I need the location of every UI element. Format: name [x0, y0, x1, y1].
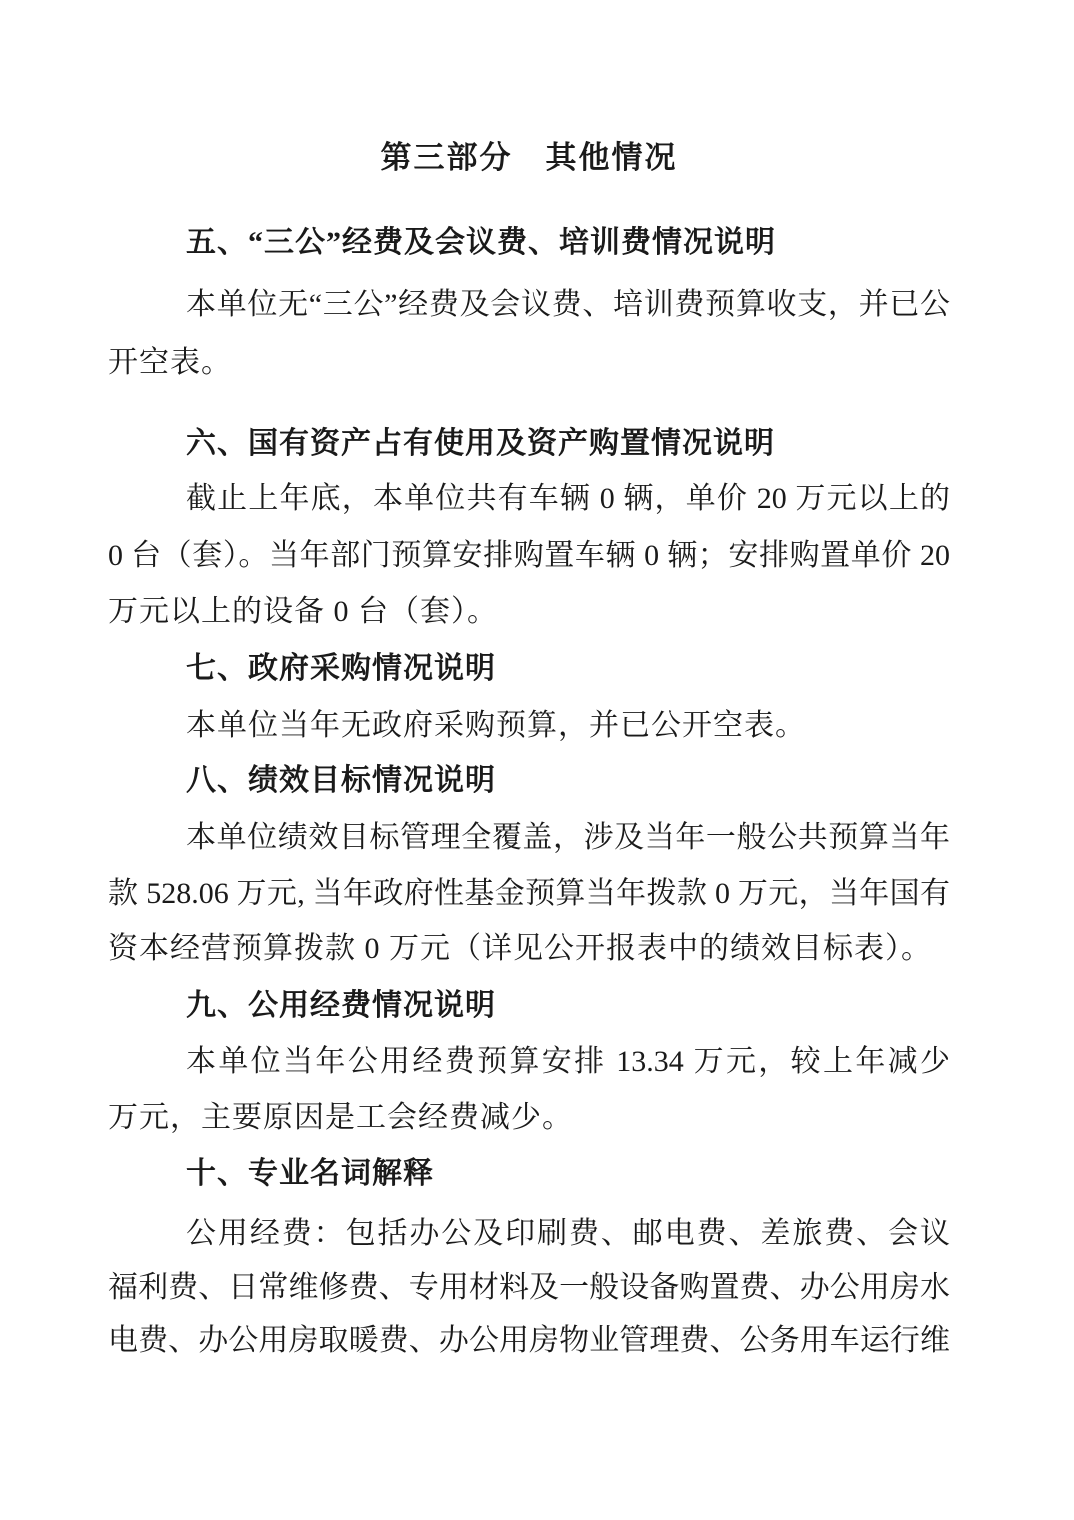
text-line: 万元，主要原因是工会经费减少。: [108, 1097, 950, 1139]
text-line: 0 台（套）。当年部门预算安排购置车辆 0 辆；安排购置单价 20: [108, 535, 950, 577]
text-line: 福利费、日常维修费、专用材料及一般设备购置费、办公用房水: [108, 1267, 950, 1309]
document-page: 第三部分 其他情况 五、“三公”经费及会议费、培训费情况说明 本单位无“三公”经…: [0, 0, 1074, 1520]
text-line: 本单位无“三公”经费及会议费、培训费预算收支，并已公: [108, 284, 950, 326]
text-line: 电费、办公用房取暖费、办公用房物业管理费、公务用车运行维: [108, 1320, 950, 1362]
heading-section-8: 八、绩效目标情况说明: [108, 760, 950, 802]
text-line: 公用经费：包括办公及印刷费、邮电费、差旅费、会议费、: [108, 1213, 950, 1255]
heading-section-10: 十、专业名词解释: [108, 1153, 950, 1195]
text-line: 截止上年底，本单位共有车辆 0 辆，单价 20 万元以上的设备: [108, 478, 950, 520]
heading-section-7: 七、政府采购情况说明: [108, 648, 950, 690]
heading-section-5: 五、“三公”经费及会议费、培训费情况说明: [108, 222, 950, 264]
text-line: 款 528.06 万元, 当年政府性基金预算当年拨款 0 万元，当年国有: [108, 873, 950, 915]
heading-section-6: 六、国有资产占有使用及资产购置情况说明: [108, 423, 950, 465]
text-line: 本单位当年无政府采购预算，并已公开空表。: [108, 705, 950, 747]
text-line: 本单位绩效目标管理全覆盖，涉及当年一般公共预算当年拨: [108, 817, 950, 859]
text-line: 开空表。: [108, 342, 950, 384]
document-title: 第三部分 其他情况: [108, 137, 950, 179]
text-line: 万元以上的设备 0 台（套）。: [108, 591, 950, 633]
text-line: 本单位当年公用经费预算安排 13.34 万元，较上年减少 0.03: [108, 1041, 950, 1083]
text-line: 资本经营预算拨款 0 万元（详见公开报表中的绩效目标表）。: [108, 928, 950, 970]
heading-section-9: 九、公用经费情况说明: [108, 985, 950, 1027]
